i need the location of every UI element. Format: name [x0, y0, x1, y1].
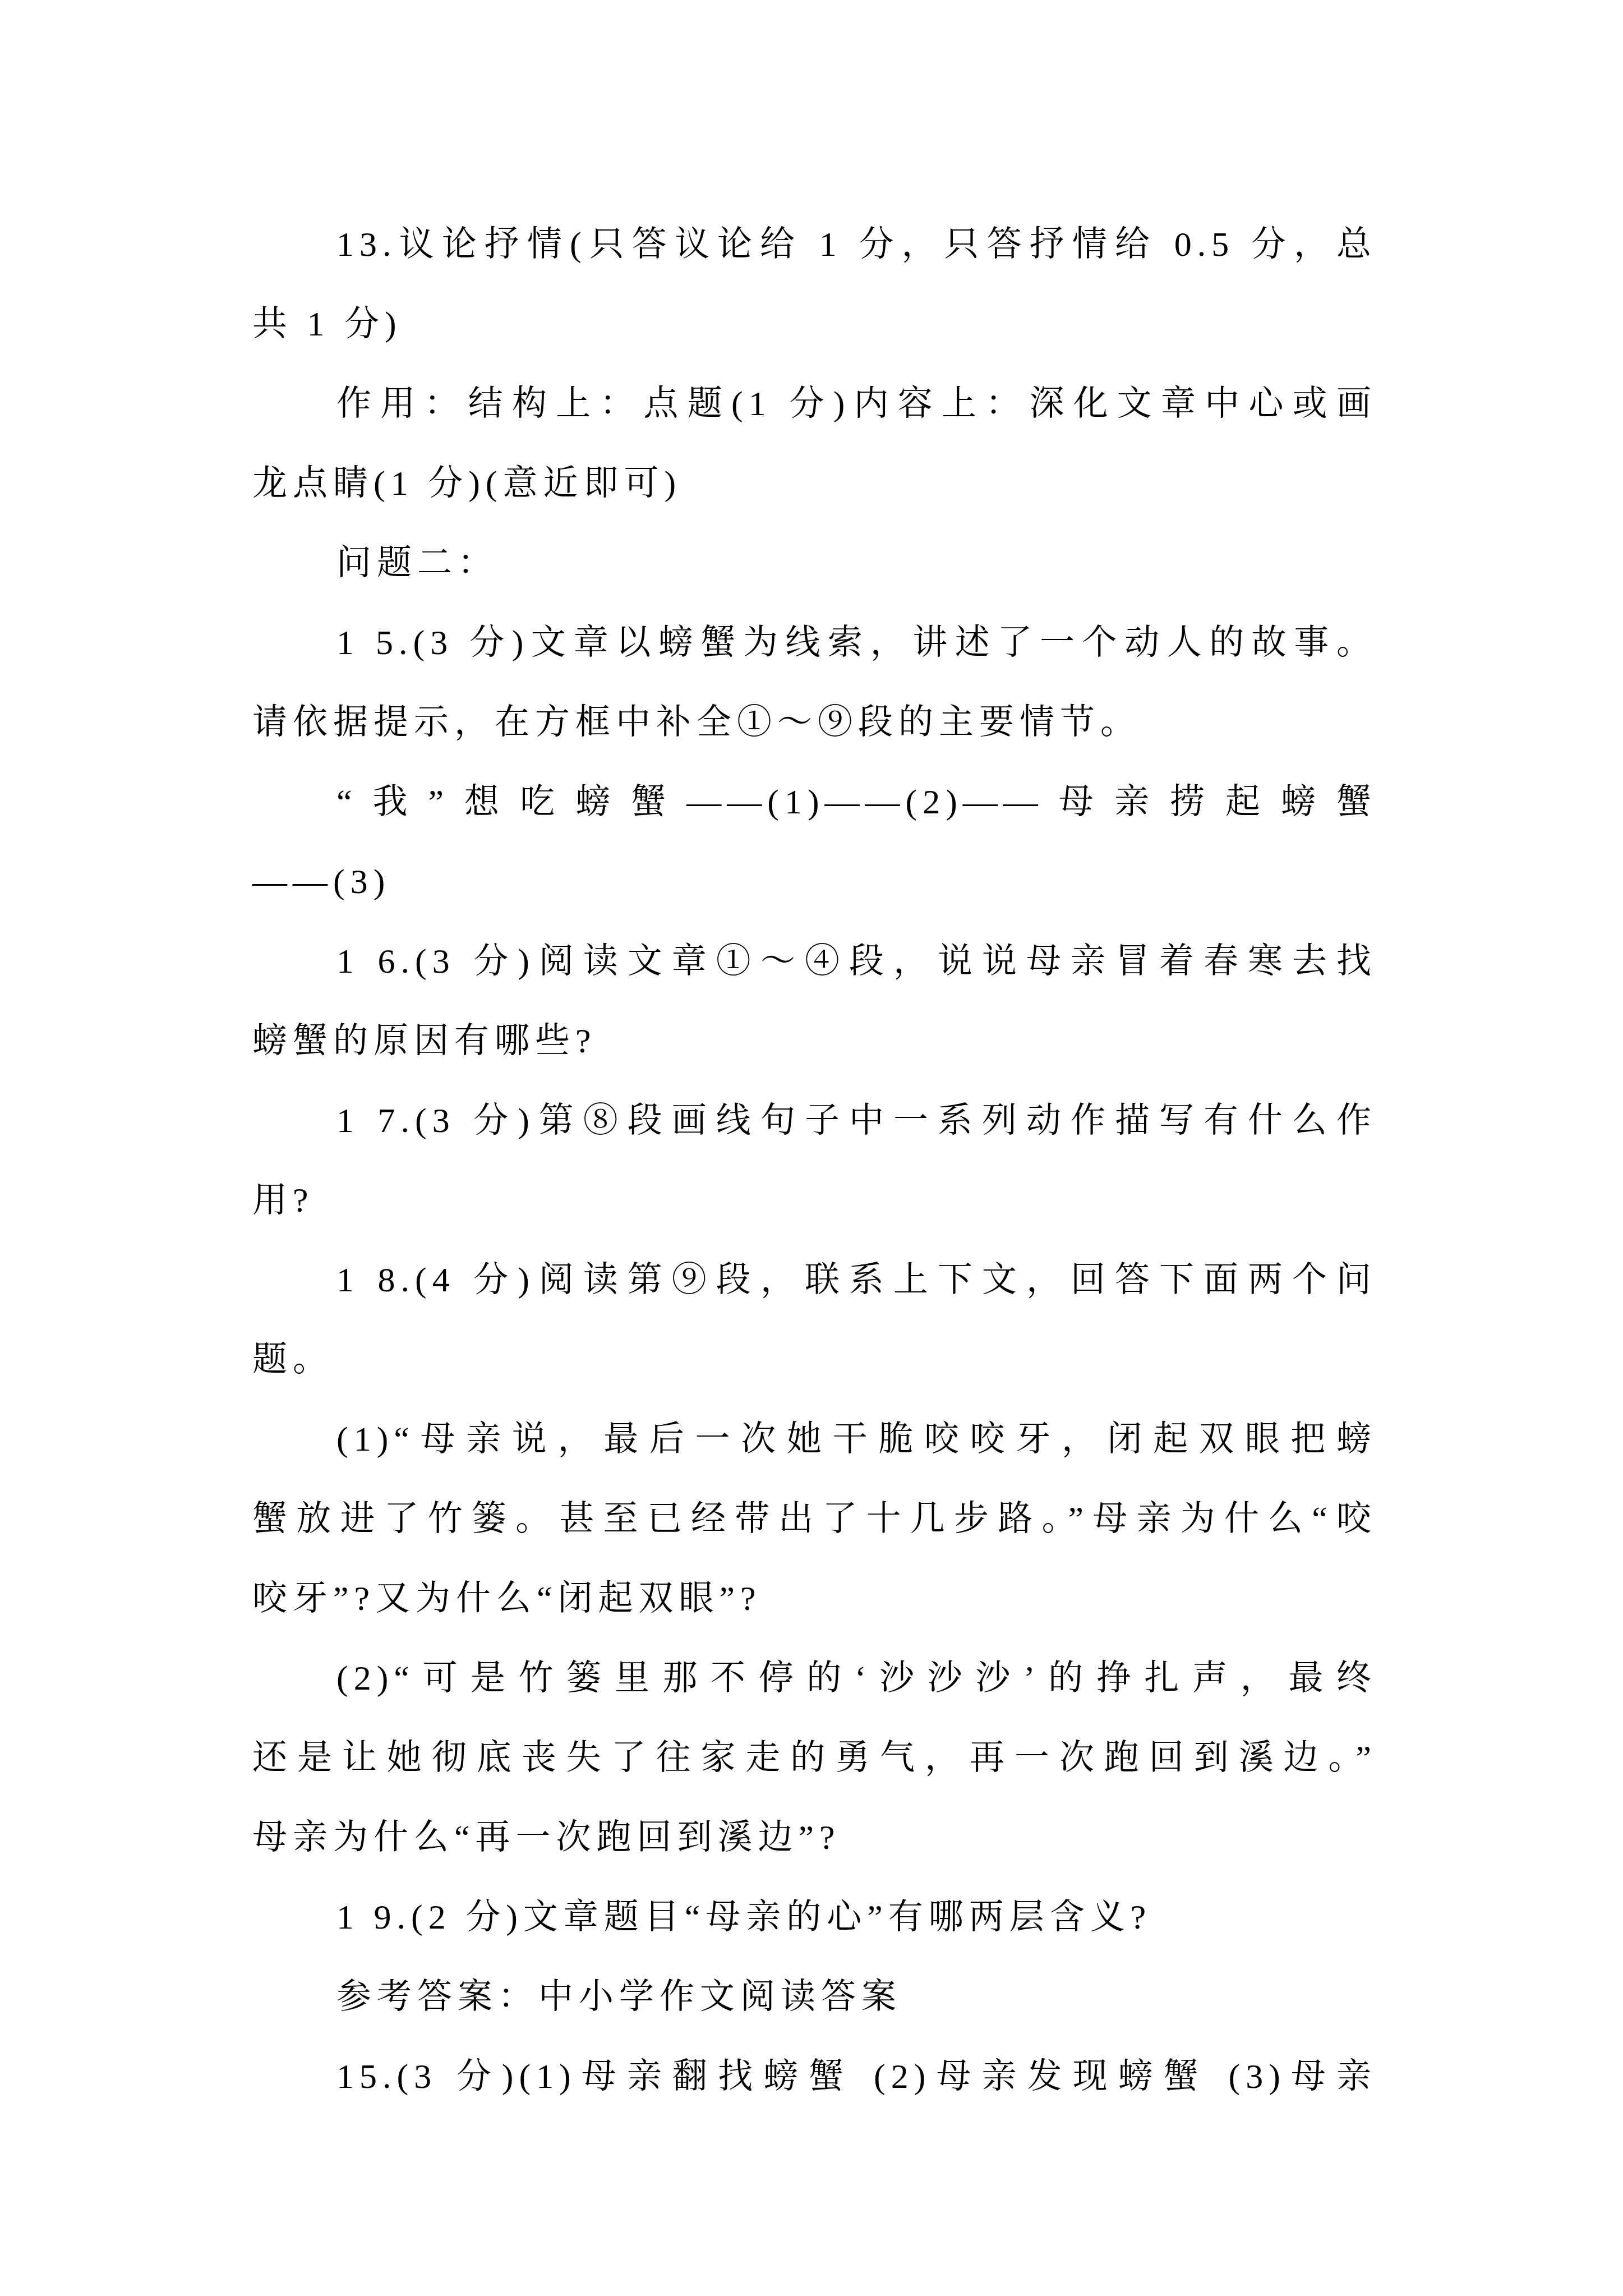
text-line: 请依据提示，在方框中补全①～⑨段的主要情节。: [252, 683, 1377, 762]
text-line: 蟹放进了竹篓。甚至已经带出了十几步路。”母亲为什么“咬: [252, 1479, 1377, 1559]
text-line: (1)“母亲说，最后一次她干脆咬咬牙，闭起双眼把螃: [252, 1400, 1377, 1479]
text-line: 共 1 分): [252, 284, 1377, 364]
text-line: 15.(3 分)(1)母亲翻找螃蟹 (2)母亲发现螃蟹 (3)母亲: [252, 2037, 1377, 2116]
text-line: 还是让她彻底丧失了往家走的勇气，再一次跑回到溪边。”: [252, 1718, 1377, 1798]
text-line: 参考答案：中小学作文阅读答案: [252, 1957, 1377, 2037]
text-line: 1 7.(3 分)第⑧段画线句子中一系列动作描写有什么作: [252, 1081, 1377, 1161]
document-page: 13.议论抒情(只答议论给 1 分，只答抒情给 0.5 分，总共 1 分)作用：…: [0, 0, 1623, 2296]
text-line: 用?: [252, 1161, 1377, 1240]
text-line: 螃蟹的原因有哪些?: [252, 1001, 1377, 1081]
text-line: 作用：结构上：点题(1 分)内容上：深化文章中心或画: [252, 364, 1377, 444]
text-line: 龙点睛(1 分)(意近即可): [252, 444, 1377, 523]
text-line: 1 5.(3 分)文章以螃蟹为线索，讲述了一个动人的故事。: [252, 603, 1377, 683]
text-line: 13.议论抒情(只答议论给 1 分，只答抒情给 0.5 分，总: [252, 205, 1377, 284]
text-line: 题。: [252, 1320, 1377, 1400]
text-line: “我”想吃螃蟹——(1)——(2)——母亲捞起螃蟹: [252, 762, 1377, 842]
text-line: 咬牙”?又为什么“闭起双眼”?: [252, 1559, 1377, 1639]
text-line: 母亲为什么“再一次跑回到溪边”?: [252, 1798, 1377, 1878]
text-line: 1 8.(4 分)阅读第⑨段，联系上下文，回答下面两个问: [252, 1240, 1377, 1320]
text-line: 1 6.(3 分)阅读文章①～④段，说说母亲冒着春寒去找: [252, 922, 1377, 1001]
text-line: 1 9.(2 分)文章题目“母亲的心”有哪两层含义?: [252, 1878, 1377, 1957]
text-column: 13.议论抒情(只答议论给 1 分，只答抒情给 0.5 分，总共 1 分)作用：…: [252, 205, 1377, 2116]
text-line: (2)“可是竹篓里那不停的‘沙沙沙’的挣扎声，最终: [252, 1639, 1377, 1718]
text-line: 问题二：: [252, 523, 1377, 603]
text-line: ——(3): [252, 842, 1377, 922]
